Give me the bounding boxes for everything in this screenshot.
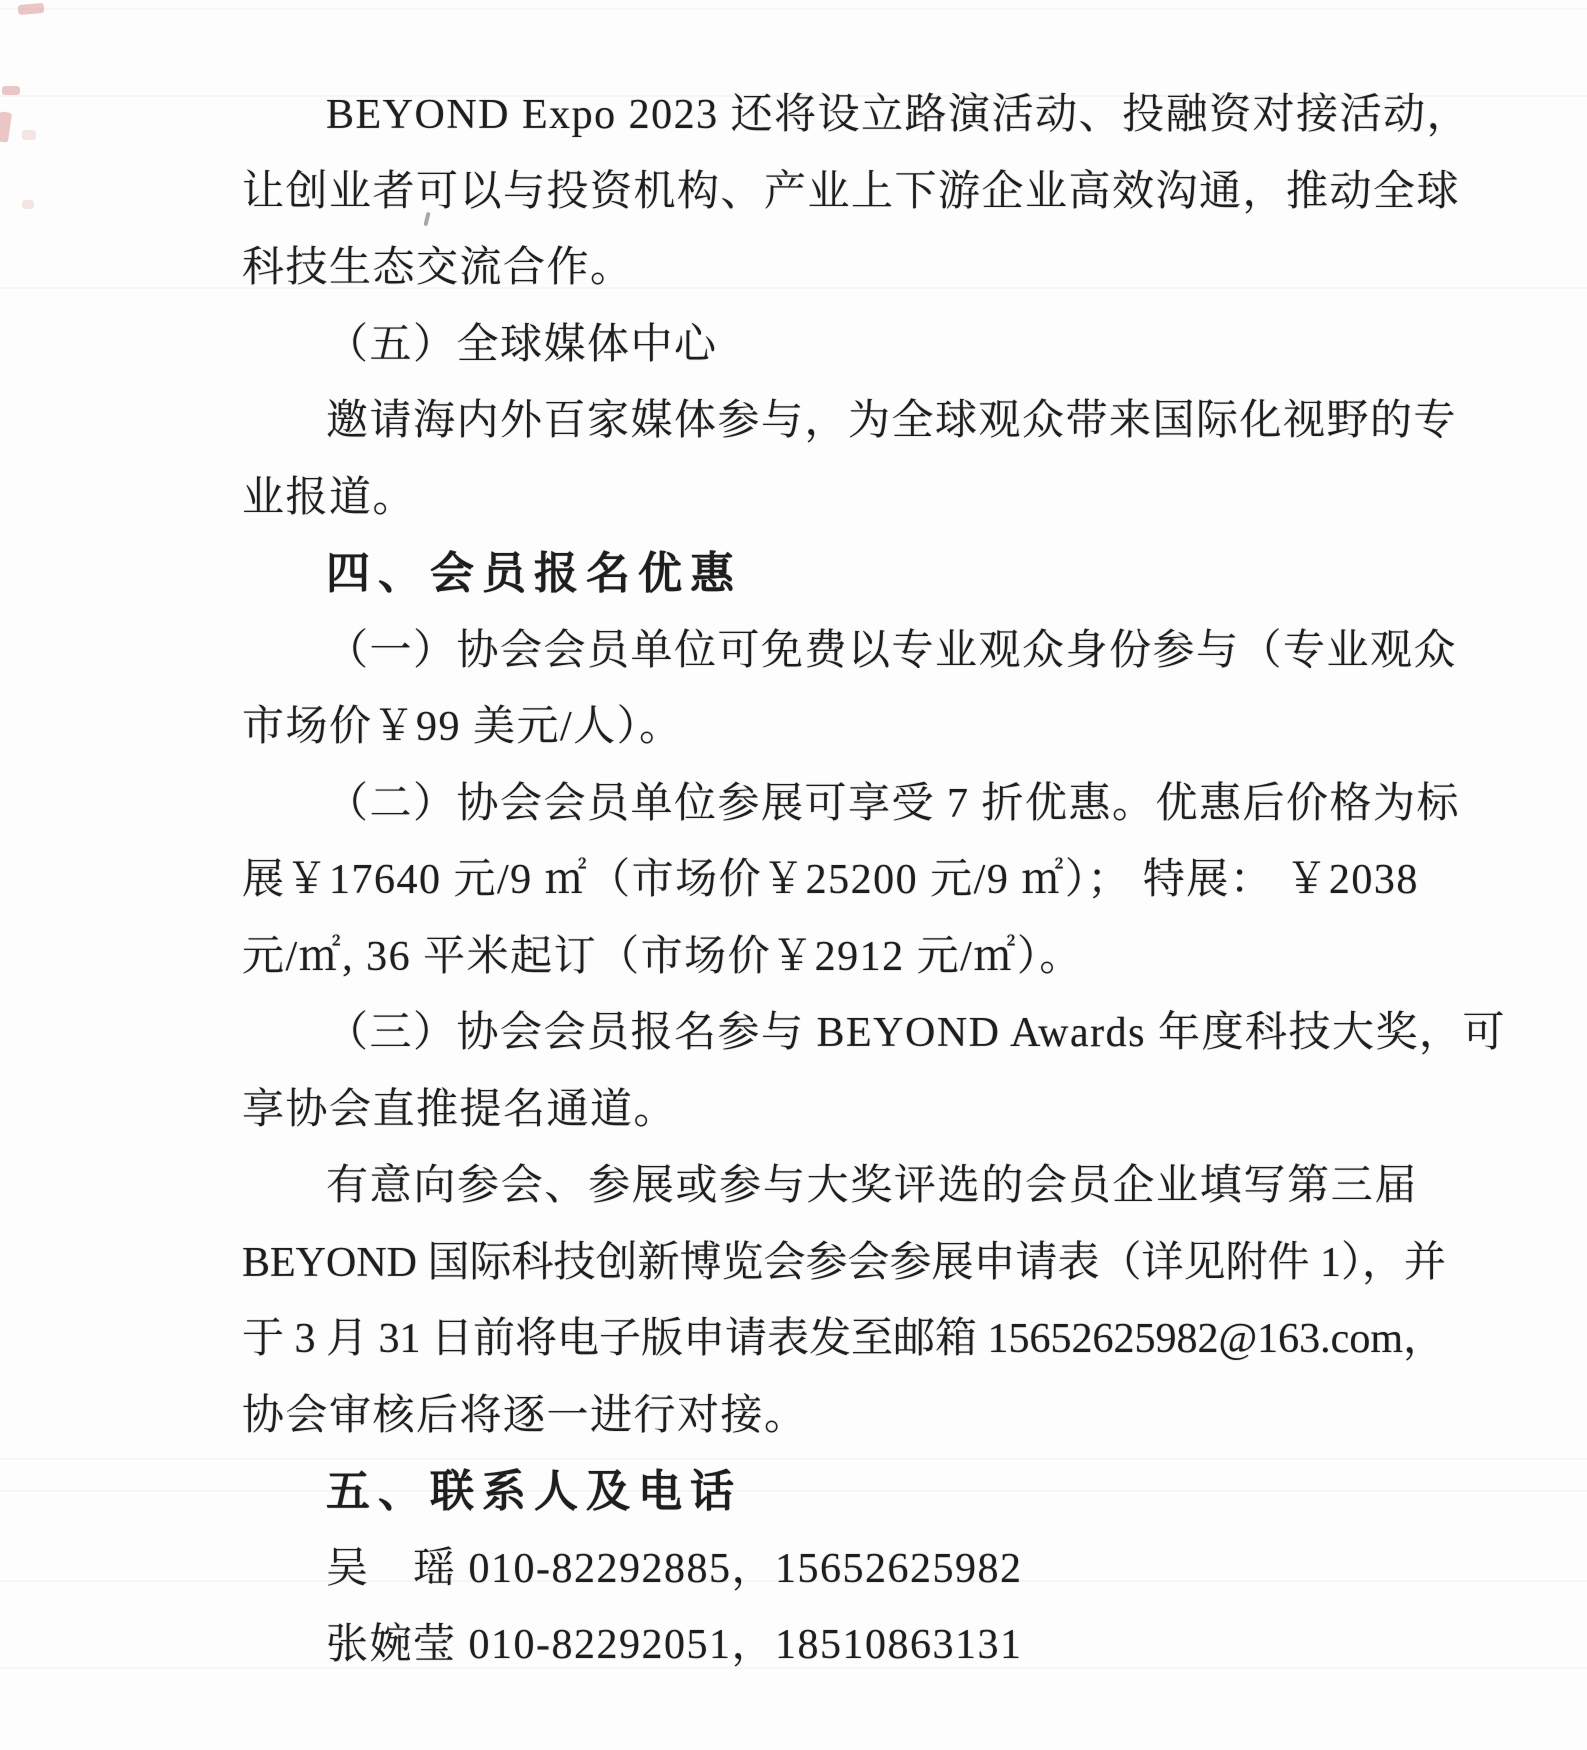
document-line: （二）协会会员单位参展可享受 7 折优惠。优惠后价格为标 <box>242 766 1418 843</box>
red-pen-mark <box>2 86 20 95</box>
document-line: BEYOND Expo 2023 还将设立路演活动、投融资对接活动， <box>242 77 1418 154</box>
contact-line: 张婉莹 010-82292051，18510863131 <box>242 1607 1418 1684</box>
document-line: 元/㎡, 36 平米起订（市场价￥2912 元/㎡）。 <box>242 919 1418 996</box>
red-pen-mark <box>22 200 34 209</box>
document-line: 展￥17640 元/9 ㎡（市场价￥25200 元/9 ㎡）； 特展： ￥203… <box>242 842 1418 919</box>
document-line: 让创业者可以与投资机构、产业上下游企业高效沟通，推动全球 <box>242 154 1418 231</box>
subsection-heading-media-center: （五）全球媒体中心 <box>242 307 1418 384</box>
document-line: （一）协会会员单位可免费以专业观众身份参与（专业观众 <box>242 613 1418 690</box>
document-text-block: BEYOND Expo 2023 还将设立路演活动、投融资对接活动， 让创业者可… <box>242 77 1418 1684</box>
red-pen-mark <box>0 111 12 142</box>
document-line: 市场价￥99 美元/人）。 <box>242 689 1418 766</box>
document-line: 业报道。 <box>242 460 1418 537</box>
document-line-email: 于 3 月 31 日前将电子版申请表发至邮箱 15652625982@163.c… <box>242 1301 1418 1378</box>
red-pen-mark <box>18 3 45 15</box>
document-line: （三）协会会员报名参与 BEYOND Awards 年度科技大奖，可 <box>242 995 1418 1072</box>
document-line: 享协会直推提名通道。 <box>242 1072 1418 1149</box>
document-line: 有意向参会、参展或参与大奖评选的会员企业填写第三届 <box>242 1148 1418 1225</box>
document-line: 邀请海内外百家媒体参与，为全球观众带来国际化视野的专 <box>242 383 1418 460</box>
document-line: 协会审核后将逐一进行对接。 <box>242 1378 1418 1455</box>
document-line: BEYOND 国际科技创新博览会参会参展申请表（详见附件 1），并 <box>242 1225 1418 1302</box>
section-heading-contacts: 五、联系人及电话 <box>242 1454 1418 1531</box>
contact-line: 吴 瑶 010-82292885，15652625982 <box>242 1531 1418 1608</box>
scanned-document-page: BEYOND Expo 2023 还将设立路演活动、投融资对接活动， 让创业者可… <box>0 0 1587 1750</box>
section-heading-member-discount: 四、会员报名优惠 <box>242 536 1418 613</box>
scan-artifact-line <box>0 8 1587 10</box>
document-line: 科技生态交流合作。 <box>242 230 1418 307</box>
red-pen-mark <box>22 130 36 140</box>
